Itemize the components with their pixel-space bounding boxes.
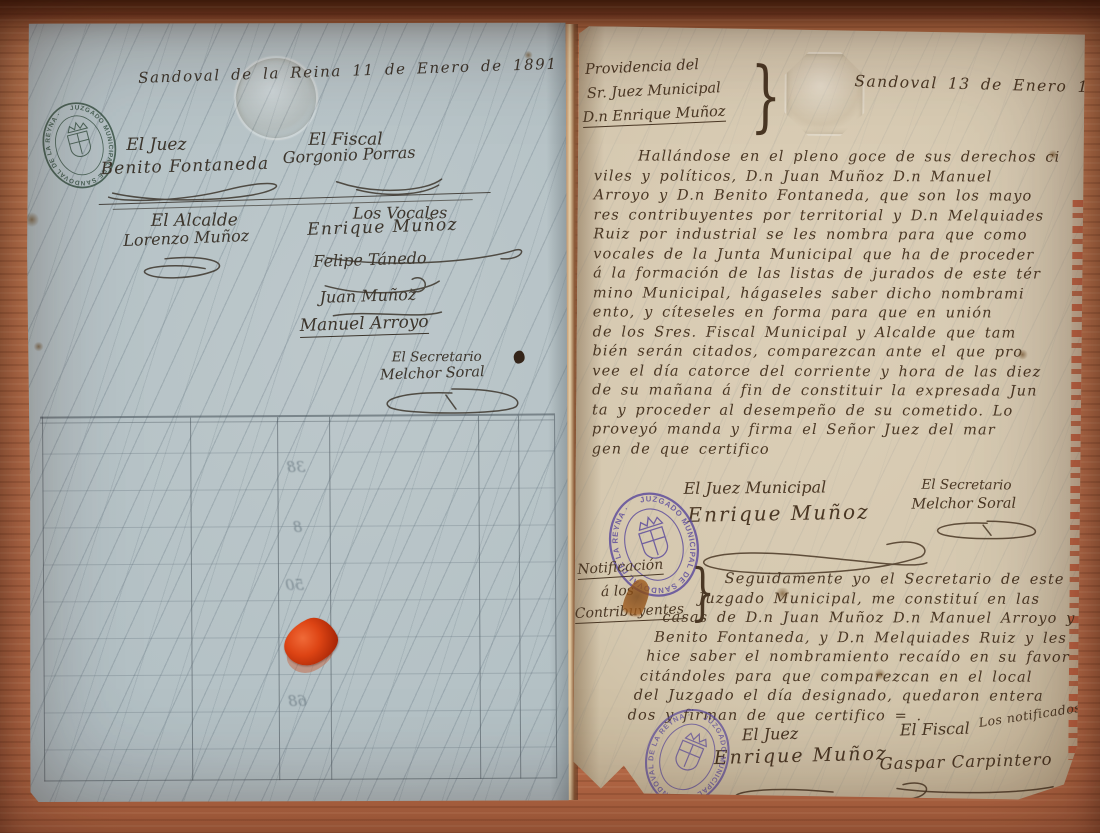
body-line: ta y proceder al desempeño de su cometid… — [592, 401, 1072, 422]
body-line: proveyó manda y firma el Señor Juez del … — [592, 420, 1072, 441]
signature-manuel-arroyo: Manuel Arroyo — [299, 312, 429, 338]
signature-lorenzo-munoz: Lorenzo Muñoz — [123, 226, 250, 250]
label-el-fiscal-bottom: El Fiscal — [900, 719, 970, 740]
body-line: Ruiz por industrial se les nombra para q… — [593, 225, 1073, 246]
secretario-oval-rubric — [376, 385, 528, 418]
melchor-rubric-right — [929, 517, 1044, 542]
body-line: ento, y cíteseles en forma para que en u… — [593, 303, 1073, 324]
body-line: vee el día catorce del corriente y hora … — [592, 362, 1072, 383]
body-line: vocales de la Junta Municipal que ha de … — [593, 245, 1073, 266]
stain-spot — [25, 212, 39, 228]
body-line: gen de que certifico — [592, 440, 1072, 461]
body-line: Benito Fontaneda, y D.n Melquiades Ruiz … — [654, 628, 1058, 649]
body-line: á la formación de las listas de jurados … — [593, 264, 1073, 285]
foxing-spot — [874, 668, 886, 680]
signature-enrique-munoz-right: Enrique Muñoz — [687, 500, 870, 527]
body-line: de su mañana á fin de constituir la expr… — [592, 381, 1072, 402]
stamp-crest-icon — [635, 514, 672, 561]
body-line: hice saber el nombramiento recaído en su… — [646, 648, 1058, 669]
body-line: Hallándose en el pleno goce de sus derec… — [594, 147, 1074, 168]
body-line: Seguidamente yo el Secretario de este — [725, 570, 1059, 590]
ghost-number: 50 — [285, 576, 304, 594]
body-line: Arroyo y D.n Benito Fontaneda, que son l… — [594, 186, 1074, 207]
label-el-secretario-left: El Secretario — [392, 349, 482, 366]
ghost-number: 68 — [288, 692, 307, 710]
body-line: res contribuyentes por territorial y D.n… — [594, 206, 1074, 227]
alcalde-rubric — [135, 252, 255, 285]
left-page: JUZGADO MUNICIPAL DE SANDOVAL DE LA REYN… — [26, 20, 571, 803]
stamp-crest-icon — [673, 729, 710, 774]
table-grid — [26, 20, 566, 23]
label-el-juez: El Juez — [126, 135, 186, 155]
body-line: citándoles para que comparezcan en el lo… — [640, 667, 1058, 688]
signature-felipe: Felipe Tánedo — [313, 248, 427, 271]
photograph-of-open-register: JUZGADO MUNICIPAL DE SANDOVAL DE LA REYN… — [0, 0, 1100, 833]
signature-gaspar-carpintero: Gaspar Carpintero — [879, 750, 1053, 774]
margin-note-providencia-line1: Providencia del — [585, 57, 700, 78]
body-line: viles y políticos, D.n Juan Muñoz D.n Ma… — [594, 167, 1074, 188]
margin-note-providencia-line3: D.n Enrique Muñoz — [582, 104, 726, 128]
ghost-number: 8 — [293, 518, 303, 536]
margin-brace-1: } — [750, 57, 781, 135]
margin-note-providencia-line2: Sr. Juez Municipal — [587, 80, 722, 102]
body-line: casas de D.n Juan Muñoz D.n Manuel Arroy… — [662, 609, 1058, 630]
ghost-number: 38 — [286, 458, 305, 476]
signature-benito-fontaneda: Benito Fontaneda — [100, 154, 269, 179]
body-line: de los Sres. Fiscal Municipal y Alcalde … — [593, 323, 1073, 344]
signature-enrique-munoz-bottom: Enrique Muñoz — [713, 742, 888, 769]
signature-melchor-left: Melchor Soral — [380, 364, 485, 383]
label-el-juez-municipal: El Juez Municipal — [683, 477, 826, 497]
ink-blot — [514, 351, 525, 364]
foxing-spot — [1048, 150, 1058, 160]
red-wax-blob — [277, 611, 344, 673]
signature-juan-munoz: Juan Muñoz — [319, 285, 416, 307]
embossed-octagon-seal — [784, 52, 865, 137]
label-el-juez-bottom: El Juez — [742, 724, 799, 745]
providencia-body-text: Hallándose en el pleno goce de sus derec… — [592, 146, 1074, 462]
body-line: bién serán citados, comparezcan ante el … — [592, 342, 1072, 363]
carpintero-rubric — [891, 780, 1061, 797]
right-page: Providencia del Sr. Juez Municipal D.n E… — [573, 26, 1085, 800]
signature-enrique-munoz-left: Enrique Muñoz — [307, 215, 459, 240]
left-dateline: Sandoval de la Reina 11 de Enero de 1891 — [138, 55, 558, 87]
signature-melchor-right: Melchor Soral — [911, 496, 1016, 513]
stain-spot — [34, 342, 44, 352]
right-dateline: Sandoval 13 de Enero 1892 — [854, 72, 1100, 97]
foxing-spot — [775, 588, 791, 600]
label-el-secretario-right: El Secretario — [921, 477, 1011, 494]
stain-spot — [524, 51, 533, 60]
body-line: mino Municipal, hágaseles saber dicho no… — [593, 284, 1073, 305]
signature-gorgonio-porras: Gorgonio Porras — [282, 143, 416, 167]
body-line: Juzgado Municipal, me constituí en las — [699, 589, 1059, 609]
foxing-spot — [1016, 349, 1028, 359]
stamp-crest-icon — [65, 120, 94, 158]
